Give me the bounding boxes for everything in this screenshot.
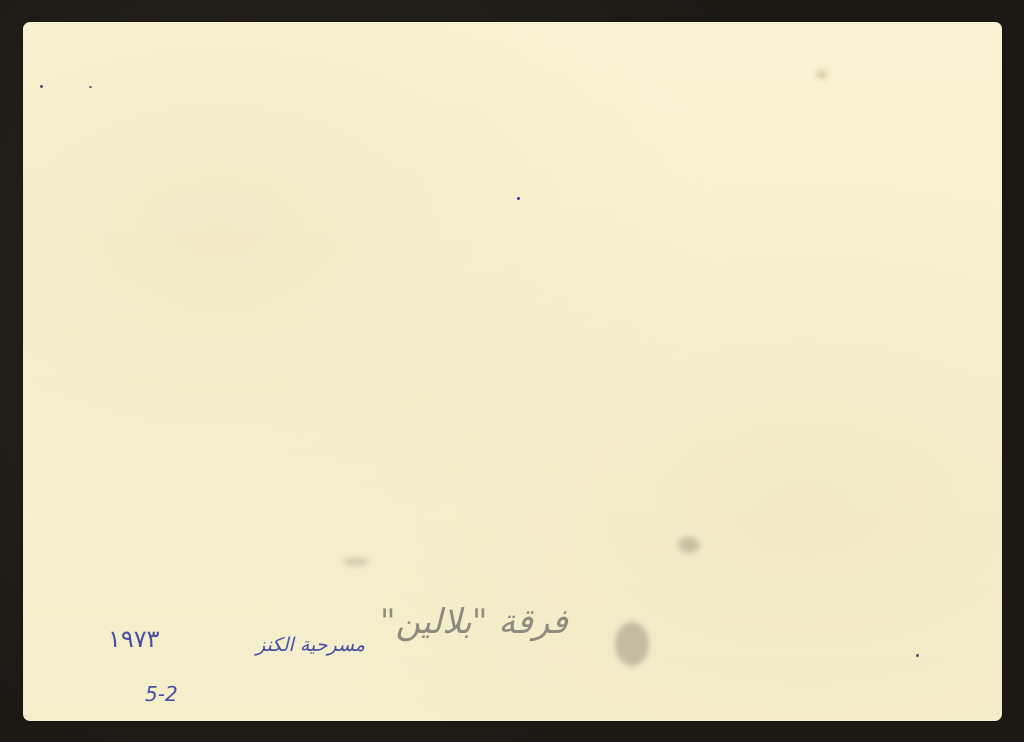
fingerprint-smudge [615,622,649,666]
ink-year: ١٩٧٣ [108,625,160,653]
stain [816,70,828,79]
ink-speck [40,85,43,88]
ink-speck [89,86,92,88]
ink-code: 5-2 [145,682,178,706]
photo-back-card: فرقة "بلالين" مسرحية الكنز ١٩٧٣ 5-2 [23,22,1002,721]
stain [678,537,700,553]
ink-speck [517,197,520,200]
pencil-group-name: فرقة "بلالين" [380,602,568,642]
ink-play-title: مسرحية الكنز [256,634,365,656]
ink-speck [916,654,919,657]
stain [343,558,369,566]
